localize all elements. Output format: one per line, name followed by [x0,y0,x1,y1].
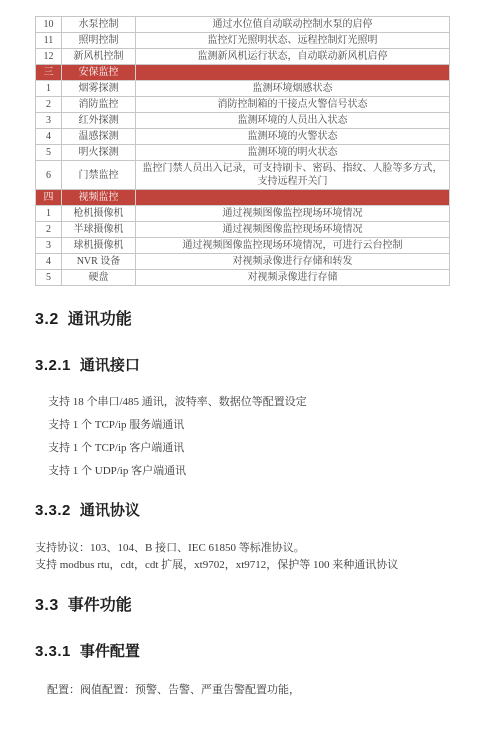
event-config-paragraph: 配置：阀值配置：预警、告警、严重告警配置功能， [35,683,464,697]
table-row: 3红外探测监测环境的人员出入状态 [36,113,450,129]
section-row: 四视频监控 [36,190,450,206]
heading-event-functions: 3.3事件功能 [35,596,464,616]
paragraph-line: 支持 1 个 TCP/ip 服务端通讯 [48,419,464,432]
cell-name: 消防监控 [62,97,136,113]
heading-comm-protocol: 3.3.2通讯协议 [35,502,464,520]
cell-name: 硬盘 [62,270,136,286]
cell-desc: 通过视频图像监控现场环境情况 [136,206,450,222]
cell-num: 1 [36,206,62,222]
heading-event-config: 3.3.1事件配置 [35,643,464,661]
cell-desc: 监测环境的人员出入状态 [136,113,450,129]
feature-table: 10水泵控制通过水位值自动联动控制水泵的启停11照明控制监控灯光照明状态、远程控… [35,16,450,286]
cell-num: 3 [36,113,62,129]
comm-interface-paragraph: 支持 18 个串口/485 通讯，波特率、数据位等配置设定 支持 1 个 TCP… [35,396,464,478]
heading-comm-interface: 3.2.1通讯接口 [35,357,464,375]
cell-desc: 对视频录像进行存储 [136,270,450,286]
heading-title: 事件功能 [68,597,132,614]
cell-desc: 对视频录像进行存储和转发 [136,254,450,270]
cell-num: 11 [36,33,62,49]
table-row: 5明火探测监测环境的明火状态 [36,145,450,161]
cell-num: 6 [36,161,62,190]
heading-title: 通讯协议 [80,502,140,519]
table-row: 1烟雾探测监测环境烟感状态 [36,81,450,97]
heading-title: 通讯功能 [68,311,132,328]
heading-number: 3.3 [35,597,59,614]
cell-desc: 通过视频图像监控现场环境情况 [136,222,450,238]
cell-name: 温感探测 [62,129,136,145]
comm-protocol-paragraph: 支持协议：103、104、B 接口、IEC 61850 等标准协议。 支持 mo… [35,540,464,574]
cell-name: 新风机控制 [62,49,136,65]
heading-number: 3.2 [35,311,59,328]
table-row: 10水泵控制通过水位值自动联动控制水泵的启停 [36,17,450,33]
heading-number: 3.2.1 [35,357,71,374]
cell-num: 12 [36,49,62,65]
cell-desc [136,65,450,81]
table-row: 11照明控制监控灯光照明状态、远程控制灯光照明 [36,33,450,49]
cell-name: 安保监控 [62,65,136,81]
cell-name: 球机摄像机 [62,238,136,254]
table-row: 12新风机控制监测新风机运行状态，自动联动新风机启停 [36,49,450,65]
cell-desc: 通过视频图像监控现场环境情况，可进行云台控制 [136,238,450,254]
table-row: 6门禁监控监控门禁人员出入记录，可支持刷卡、密码、指纹、人脸等多方式，支持远程开… [36,161,450,190]
cell-name: 视频监控 [62,190,136,206]
cell-desc: 通过水位值自动联动控制水泵的启停 [136,17,450,33]
paragraph-line: 支持 1 个 TCP/ip 客户端通讯 [48,442,464,455]
cell-num: 4 [36,129,62,145]
table-row: 1枪机摄像机通过视频图像监控现场环境情况 [36,206,450,222]
cell-name: 红外探测 [62,113,136,129]
heading-title: 通讯接口 [80,357,140,374]
table-row: 3球机摄像机通过视频图像监控现场环境情况，可进行云台控制 [36,238,450,254]
cell-name: 明火探测 [62,145,136,161]
cell-desc: 消防控制箱的干接点火警信号状态 [136,97,450,113]
heading-number: 3.3.1 [35,643,71,660]
paragraph-line: 支持 1 个 UDP/ip 客户端通讯 [48,465,464,478]
cell-num: 2 [36,222,62,238]
cell-num: 四 [36,190,62,206]
cell-name: 半球摄像机 [62,222,136,238]
cell-desc: 监测环境烟感状态 [136,81,450,97]
cell-num: 4 [36,254,62,270]
section-row: 三安保监控 [36,65,450,81]
cell-name: 水泵控制 [62,17,136,33]
cell-num: 2 [36,97,62,113]
cell-num: 3 [36,238,62,254]
cell-num: 1 [36,81,62,97]
table-row: 2半球摄像机通过视频图像监控现场环境情况 [36,222,450,238]
table-row: 4NVR 设备对视频录像进行存储和转发 [36,254,450,270]
cell-desc: 监测环境的明火状态 [136,145,450,161]
heading-comm-functions: 3.2通讯功能 [35,310,464,330]
cell-name: 烟雾探测 [62,81,136,97]
heading-title: 事件配置 [80,643,140,660]
table-row: 4温感探测监测环境的火警状态 [36,129,450,145]
cell-desc: 监控门禁人员出入记录，可支持刷卡、密码、指纹、人脸等多方式，支持远程开关门 [136,161,450,190]
cell-name: NVR 设备 [62,254,136,270]
cell-num: 三 [36,65,62,81]
cell-name: 照明控制 [62,33,136,49]
feature-table-body: 10水泵控制通过水位值自动联动控制水泵的启停11照明控制监控灯光照明状态、远程控… [36,17,450,286]
cell-desc: 监测新风机运行状态，自动联动新风机启停 [136,49,450,65]
cell-name: 枪机摄像机 [62,206,136,222]
table-row: 5硬盘对视频录像进行存储 [36,270,450,286]
table-row: 2消防监控消防控制箱的干接点火警信号状态 [36,97,450,113]
cell-name: 门禁监控 [62,161,136,190]
paragraph-line: 支持 modbus rtu，cdt，cdt 扩展，xt9702，xt9712，保… [35,557,464,574]
document-page: 10水泵控制通过水位值自动联动控制水泵的启停11照明控制监控灯光照明状态、远程控… [0,0,484,697]
cell-num: 5 [36,270,62,286]
paragraph-line: 支持协议：103、104、B 接口、IEC 61850 等标准协议。 [35,540,464,557]
cell-num: 10 [36,17,62,33]
cell-num: 5 [36,145,62,161]
cell-desc: 监测环境的火警状态 [136,129,450,145]
paragraph-line: 支持 18 个串口/485 通讯，波特率、数据位等配置设定 [48,396,464,409]
cell-desc [136,190,450,206]
heading-number: 3.3.2 [35,502,71,519]
cell-desc: 监控灯光照明状态、远程控制灯光照明 [136,33,450,49]
